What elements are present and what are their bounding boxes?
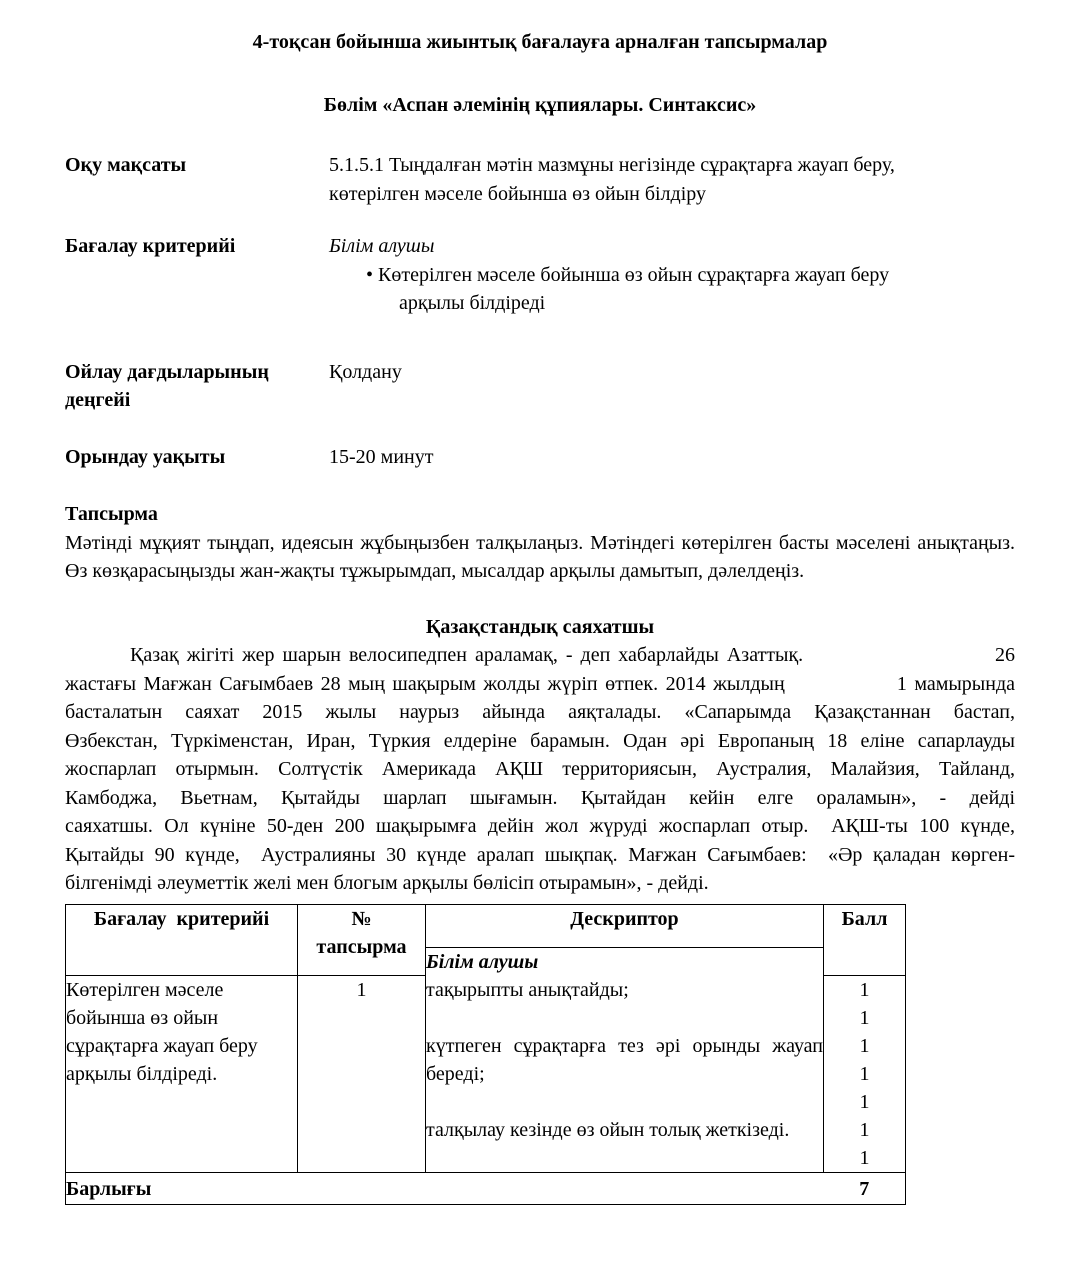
rubric-cell-criteria: сұрақтарға жауап беру <box>66 1032 298 1060</box>
rubric-cell-points: 1 <box>824 976 906 1005</box>
meta-row-duration: Орындау уақыты 15-20 минут <box>65 443 1015 472</box>
task-no-word: тапсырма <box>316 936 406 958</box>
rubric-line: талқылау кезінде өз ойын толық жеткізеді… <box>66 1116 906 1144</box>
reading-line: Қытайды 90 күнде, Аустралияны 30 күнде а… <box>65 841 1015 870</box>
task-no-symbol: № <box>351 908 371 930</box>
rubric-footer-row: Барлығы 7 <box>66 1173 906 1205</box>
meta-label: Ойлау дағдыларының деңгейі <box>65 358 329 415</box>
rubric-cell-task-no <box>298 1088 426 1116</box>
rubric-line: 1 <box>66 1144 906 1173</box>
criteria-bullet-text: Көтерілген мәселе бойынша өз ойын сұрақт… <box>378 264 889 315</box>
rubric-cell-points: 1 <box>824 1116 906 1144</box>
rubric-header-criteria: Бағалау критерийі <box>66 904 298 976</box>
meta-label: Оқу мақсаты <box>65 151 329 208</box>
reading-line: Қазақ жігіті жер шарын велосипедпен арал… <box>65 641 1015 670</box>
rubric-cell-points: 1 <box>824 1032 906 1060</box>
rubric-cell-points: 1 <box>824 1088 906 1116</box>
rubric-cell-descriptor: береді; <box>426 1060 824 1088</box>
rubric-header-descriptor: Дескриптор <box>426 904 824 947</box>
reading-line: білгенімді әлеуметтік желі мен блогым ар… <box>65 869 1015 898</box>
rubric-cell-task-no <box>298 1060 426 1088</box>
task-text: Мәтінді мұқият тыңдап, идеясын жұбыңызбе… <box>65 529 1015 586</box>
meta-label: Бағалау критерийі <box>65 232 329 318</box>
rubric-body: Көтерілген мәселе1тақырыпты анықтайды;1б… <box>66 976 906 1173</box>
rubric-cell-descriptor <box>426 1088 824 1116</box>
rubric-footer-total: 7 <box>824 1173 906 1205</box>
rubric-header-points: Балл <box>824 904 906 976</box>
meta-value: Білім алушы • Көтерілген мәселе бойынша … <box>329 232 1015 318</box>
meta-row-learning-objective: Оқу мақсаты 5.1.5.1 Тыңдалған мәтін мазм… <box>65 151 1015 208</box>
reading-paragraph: Қазақ жігіті жер шарын велосипедпен арал… <box>65 641 1015 898</box>
rubric-line: арқылы білдіреді. береді;1 <box>66 1060 906 1088</box>
task-section: Тапсырма Мәтінді мұқият тыңдап, идеясын … <box>65 500 1015 586</box>
reading-heading: Қазақстандық саяхатшы <box>65 613 1015 642</box>
rubric-cell-criteria: Көтерілген мәселе <box>66 976 298 1005</box>
rubric-cell-points: 1 <box>824 1060 906 1088</box>
rubric-line: бойынша өз ойын 1 <box>66 1004 906 1032</box>
reading-line: Камбоджа, Вьетнам, Қытайды шарлап шығамы… <box>65 784 1015 813</box>
meta-row-assessment-criteria: Бағалау критерийі Білім алушы • Көтерілг… <box>65 232 1015 318</box>
rubric-line: Көтерілген мәселе1тақырыпты анықтайды;1 <box>66 976 906 1005</box>
rubric-cell-points: 1 <box>824 1004 906 1032</box>
reading-line: саяхатшы. Ол күніне 50-ден 200 шақырымға… <box>65 812 1015 841</box>
document-page: 4-тоқсан бойынша жиынтық бағалауға арнал… <box>0 0 1080 1205</box>
rubric-cell-criteria <box>66 1116 298 1144</box>
rubric-cell-descriptor: талқылау кезінде өз ойын толық жеткізеді… <box>426 1116 824 1144</box>
reading-line: басталатын саяхат 2015 жылы наурыз айынд… <box>65 698 1015 727</box>
meta-row-thinking-skills: Ойлау дағдыларының деңгейі Қолдану <box>65 358 1015 415</box>
reading-line: жоспарлап отырмын. Солтүстік Америкада А… <box>65 755 1015 784</box>
meta-label: Орындау уақыты <box>65 443 329 472</box>
rubric-cell-task-no: 1 <box>298 976 426 1005</box>
rubric-cell-descriptor: тақырыпты анықтайды; <box>426 976 824 1005</box>
rubric-line: 1 <box>66 1088 906 1116</box>
meta-value: 15-20 минут <box>329 443 1015 472</box>
rubric-cell-descriptor <box>426 1144 824 1173</box>
meta-value: 5.1.5.1 Тыңдалған мәтін мазмұны негізінд… <box>329 151 919 208</box>
rubric-line: сұрақтарға жауап беру күтпеген сұрақтарғ… <box>66 1032 906 1060</box>
rubric-header-descriptor-sub: Білім алушы <box>426 947 824 976</box>
rubric-cell-descriptor <box>426 1004 824 1032</box>
rubric-cell-task-no <box>298 1032 426 1060</box>
rubric-cell-descriptor: күтпеген сұрақтарға тез әрі орынды жауап <box>426 1032 824 1060</box>
criteria-lead: Білім алушы <box>329 232 1015 261</box>
page-subtitle: Бөлім «Аспан әлемінің құпиялары. Синтакс… <box>65 91 1015 120</box>
meta-value: Қолдану <box>329 358 1015 415</box>
task-heading: Тапсырма <box>65 500 1015 529</box>
rubric-header-row-1: Бағалау критерийі №тапсырма Дескриптор Б… <box>66 904 906 947</box>
rubric-header-task-no: №тапсырма <box>298 904 426 976</box>
reading-line: жастағы Мағжан Сағымбаев 28 мың шақырым … <box>65 670 1015 699</box>
rubric-cell-criteria: арқылы білдіреді. <box>66 1060 298 1088</box>
rubric-cell-criteria <box>66 1144 298 1173</box>
page-title: 4-тоқсан бойынша жиынтық бағалауға арнал… <box>65 28 1015 57</box>
rubric-cell-criteria <box>66 1088 298 1116</box>
bullet-icon: • <box>366 264 373 286</box>
rubric-cell-task-no <box>298 1116 426 1144</box>
rubric-table: Бағалау критерийі №тапсырма Дескриптор Б… <box>65 904 906 1206</box>
rubric-cell-criteria: бойынша өз ойын <box>66 1004 298 1032</box>
meta-section: Оқу мақсаты 5.1.5.1 Тыңдалған мәтін мазм… <box>65 151 1015 471</box>
rubric-footer-label: Барлығы <box>66 1173 824 1205</box>
rubric-cell-task-no <box>298 1004 426 1032</box>
rubric-cell-task-no <box>298 1144 426 1173</box>
reading-line: Өзбекстан, Түркіменстан, Иран, Түркия ел… <box>65 727 1015 756</box>
rubric-cell-points: 1 <box>824 1144 906 1173</box>
criteria-bullet-item: • Көтерілген мәселе бойынша өз ойын сұра… <box>329 261 899 318</box>
